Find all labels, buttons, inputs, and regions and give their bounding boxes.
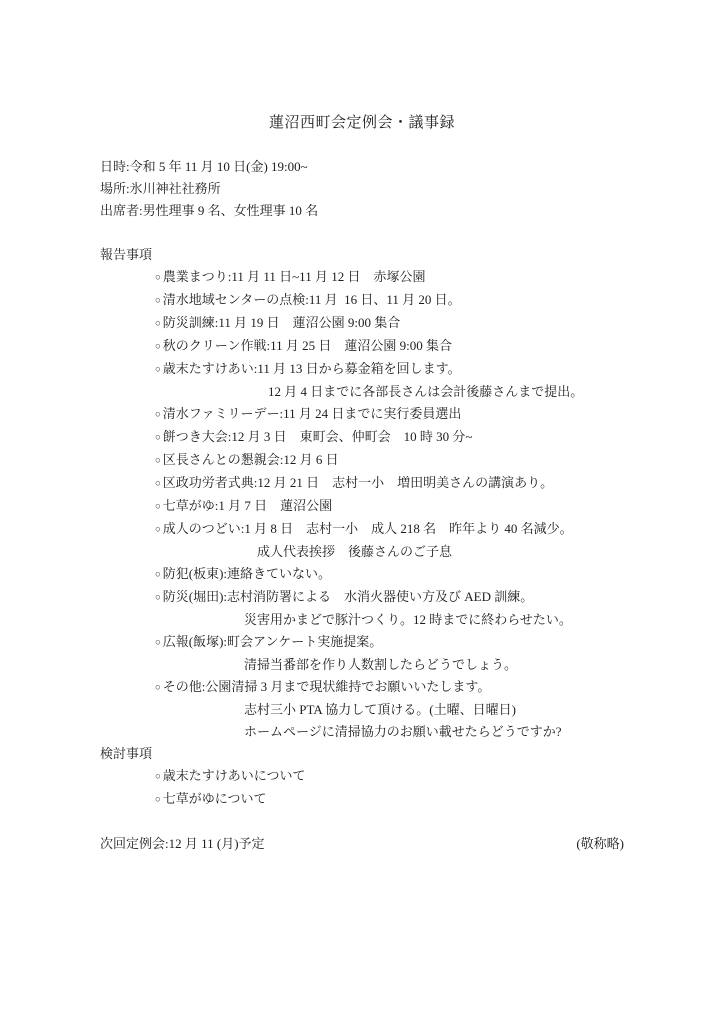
report-item: ○その他:公園清掃 3 月まで現状維持でお願いいたします。 bbox=[100, 676, 624, 699]
report-item-continuation: 災害用かまどで豚汁つくり。12 時までに終わらせたい。 bbox=[100, 609, 624, 631]
footer-line: 次回定例会:12 月 11 (月)予定 (敬称略) bbox=[100, 833, 624, 855]
report-item-text: 区長さんとの懇親会:12 月 6 日 bbox=[163, 452, 339, 467]
report-item-text: 広報(飯塚):町会アンケート実施提案。 bbox=[163, 634, 383, 649]
circle-bullet-icon: ○ bbox=[155, 365, 161, 375]
report-item-text: 清水地域センターの点検:11 月 16 日、11 月 20 日。 bbox=[163, 292, 461, 307]
document-page: 蓮沼西町会定例会・議事録 日時:令和 5 年 11 月 10 日(金) 19:0… bbox=[0, 0, 724, 1024]
report-item-text: 餅つき大会:12 月 3 日 東町会、仲町会 10 時 30 分~ bbox=[163, 429, 473, 444]
section-heading-report: 報告事項 bbox=[100, 244, 624, 266]
report-item: ○防災(堀田):志村消防署による 水消火器使い方及び AED 訓練。 bbox=[100, 586, 624, 609]
circle-bullet-icon: ○ bbox=[155, 296, 161, 306]
report-item-continuation: 清掃当番部を作り人数割したらどうでしょう。 bbox=[100, 654, 624, 676]
meta-datetime: 日時:令和 5 年 11 月 10 日(金) 19:00~ bbox=[100, 156, 624, 178]
circle-bullet-icon: ○ bbox=[155, 570, 161, 580]
report-item-continuation: 成人代表挨拶 後藤さんのご子息 bbox=[100, 541, 624, 563]
report-item: ○防犯(板東):連絡きていない。 bbox=[100, 563, 624, 586]
discussion-item-text: 七草がゆについて bbox=[163, 791, 267, 806]
circle-bullet-icon: ○ bbox=[155, 502, 161, 512]
report-item-continuation: ホームページに清掃協力のお願い載せたらどうですか? bbox=[100, 721, 624, 743]
report-item-text: 清水ファミリーデー:11 月 24 日までに実行委員選出 bbox=[163, 406, 462, 421]
section-heading-discussion: 検討事項 bbox=[100, 743, 624, 765]
circle-bullet-icon: ○ bbox=[155, 683, 161, 693]
report-item: ○秋のクリーン作戦:11 月 25 日 蓮沼公園 9:00 集合 bbox=[100, 335, 624, 358]
report-item: ○清水ファミリーデー:11 月 24 日までに実行委員選出 bbox=[100, 403, 624, 426]
report-item-text: 防災(堀田):志村消防署による 水消火器使い方及び AED 訓練。 bbox=[163, 589, 534, 604]
circle-bullet-icon: ○ bbox=[155, 410, 161, 420]
blank-line bbox=[100, 811, 624, 833]
report-item: ○餅つき大会:12 月 3 日 東町会、仲町会 10 時 30 分~ bbox=[100, 426, 624, 449]
report-item: ○成人のつどい:1 月 8 日 志村一小 成人 218 名 昨年より 40 名減… bbox=[100, 518, 624, 541]
report-item-continuation: 志村三小 PTA 協力して頂ける。(土曜、日曜日) bbox=[100, 699, 624, 721]
discussion-item-text: 歳末たすけあいについて bbox=[163, 768, 306, 783]
report-item: ○七草がゆ:1 月 7 日 蓮沼公園 bbox=[100, 495, 624, 518]
blank-line bbox=[100, 134, 624, 156]
report-item: ○区長さんとの懇親会:12 月 6 日 bbox=[100, 449, 624, 472]
report-item: ○農業まつり:11 月 11 日~11 月 12 日 赤塚公園 bbox=[100, 266, 624, 289]
report-item-text: 歳末たすけあい:11 月 13 日から募金箱を回します。 bbox=[163, 361, 461, 376]
discussion-item: ○歳末たすけあいについて bbox=[100, 765, 624, 788]
report-item-text: 成人のつどい:1 月 8 日 志村一小 成人 218 名 昨年より 40 名減少… bbox=[163, 521, 573, 536]
meta-attendees: 出席者:男性理事 9 名、女性理事 10 名 bbox=[100, 200, 624, 222]
report-item-text: 区政功労者式典:12 月 21 日 志村一小 増田明美さんの講演あり。 bbox=[163, 475, 553, 490]
circle-bullet-icon: ○ bbox=[155, 342, 161, 352]
report-item: ○区政功労者式典:12 月 21 日 志村一小 増田明美さんの講演あり。 bbox=[100, 472, 624, 495]
meta-place: 場所:氷川神社社務所 bbox=[100, 178, 624, 200]
circle-bullet-icon: ○ bbox=[155, 772, 161, 782]
blank-line bbox=[100, 222, 624, 244]
circle-bullet-icon: ○ bbox=[155, 433, 161, 443]
report-item-text: 農業まつり:11 月 11 日~11 月 12 日 赤塚公園 bbox=[163, 269, 426, 284]
report-item-continuation: 12 月 4 日までに各部長さんは会計後藤さんまで提出。 bbox=[100, 381, 624, 403]
honorifics-note: (敬称略) bbox=[576, 833, 624, 855]
report-item-text: 防犯(板東):連絡きていない。 bbox=[163, 566, 331, 581]
circle-bullet-icon: ○ bbox=[155, 638, 161, 648]
next-meeting: 次回定例会:12 月 11 (月)予定 bbox=[100, 833, 265, 855]
report-item-text: 防災訓練:11 月 19 日 蓮沼公園 9:00 集合 bbox=[163, 315, 401, 330]
circle-bullet-icon: ○ bbox=[155, 795, 161, 805]
report-item: ○歳末たすけあい:11 月 13 日から募金箱を回します。 bbox=[100, 358, 624, 381]
circle-bullet-icon: ○ bbox=[155, 319, 161, 329]
circle-bullet-icon: ○ bbox=[155, 479, 161, 489]
report-item: ○防災訓練:11 月 19 日 蓮沼公園 9:00 集合 bbox=[100, 312, 624, 335]
discussion-item: ○七草がゆについて bbox=[100, 788, 624, 811]
report-item-text: 秋のクリーン作戦:11 月 25 日 蓮沼公園 9:00 集合 bbox=[163, 338, 452, 353]
page-title: 蓮沼西町会定例会・議事録 bbox=[100, 112, 624, 134]
report-item: ○広報(飯塚):町会アンケート実施提案。 bbox=[100, 631, 624, 654]
circle-bullet-icon: ○ bbox=[155, 456, 161, 466]
circle-bullet-icon: ○ bbox=[155, 593, 161, 603]
report-item-text: その他:公園清掃 3 月まで現状維持でお願いいたします。 bbox=[163, 679, 491, 694]
report-item: ○清水地域センターの点検:11 月 16 日、11 月 20 日。 bbox=[100, 289, 624, 312]
circle-bullet-icon: ○ bbox=[155, 273, 161, 283]
circle-bullet-icon: ○ bbox=[155, 525, 161, 535]
report-item-text: 七草がゆ:1 月 7 日 蓮沼公園 bbox=[163, 498, 332, 513]
